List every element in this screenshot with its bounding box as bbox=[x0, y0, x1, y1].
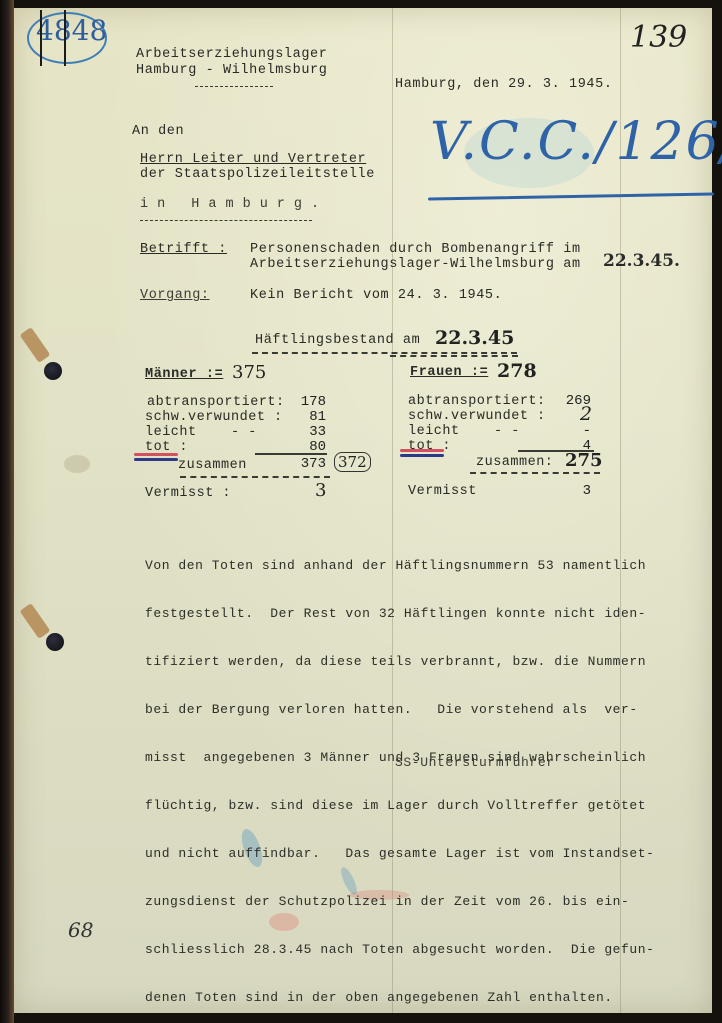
men-label-severely-wounded: schw.verwundet : bbox=[145, 410, 283, 425]
red-pencil-mark bbox=[400, 449, 444, 452]
men-value-lightly-wounded: 33 bbox=[286, 424, 326, 440]
signature-title: SS-Untersturmführer bbox=[395, 755, 555, 770]
inventory-date: 22.3.45 bbox=[435, 327, 514, 349]
men-sum-correction: 372 bbox=[334, 452, 371, 472]
sender-line-1: Arbeitserziehungslager bbox=[136, 47, 327, 62]
punch-hole bbox=[44, 362, 62, 380]
body-line: schliesslich 28.3.45 nach Toten abgesuch… bbox=[145, 942, 705, 958]
women-value-lightly-wounded: - bbox=[551, 423, 591, 439]
subject-line-1: Personenschaden durch Bombenangriff im bbox=[250, 242, 581, 257]
men-value-severely-wounded: 81 bbox=[286, 409, 326, 425]
recipient-city: in Hamburg. bbox=[140, 197, 328, 212]
margin-note: 68 bbox=[68, 918, 93, 942]
women-sum-underline bbox=[470, 472, 600, 474]
body-line: flüchtig, bzw. sind diese im Lager durch… bbox=[145, 798, 705, 814]
men-sum-rule bbox=[255, 453, 327, 455]
body-line: Von den Toten sind anhand der Häftlingsn… bbox=[145, 558, 705, 574]
women-total: 278 bbox=[497, 360, 537, 382]
subject-label: Betrifft : bbox=[140, 242, 227, 257]
recipient-underline bbox=[140, 220, 312, 221]
men-label-transported: abtransportiert: bbox=[147, 395, 285, 410]
men-heading: Männer := bbox=[145, 367, 223, 382]
body-line: tifiziert werden, da diese teils verbran… bbox=[145, 654, 705, 670]
folio-number: 139 bbox=[630, 20, 687, 55]
men-sum-value: 373 bbox=[286, 456, 326, 472]
body-line: denen Toten sind in der oben angegebenen… bbox=[145, 990, 705, 1006]
body-line: bei der Bergung verloren hatten. Die vor… bbox=[145, 702, 705, 718]
recipient-line-1: Herrn Leiter und Vertreter bbox=[140, 152, 366, 167]
precedent-text: Kein Bericht vom 24. 3. 1945. bbox=[250, 288, 502, 303]
subject-line-2: Arbeitserziehungslager-Wilhelmsburg am bbox=[250, 257, 581, 272]
punch-hole bbox=[46, 633, 64, 651]
red-pencil-mark bbox=[134, 453, 178, 456]
men-total: 375 bbox=[232, 362, 266, 383]
men-sum-underline bbox=[180, 476, 330, 478]
margin-mark bbox=[40, 10, 42, 66]
men-label-lightly-wounded: leicht - - bbox=[145, 425, 257, 440]
inventory-underline bbox=[252, 352, 517, 354]
body-paragraph: Von den Toten sind anhand der Häftlingsn… bbox=[145, 526, 705, 1022]
women-sum-value: 275 bbox=[565, 450, 603, 471]
men-value-transported: 178 bbox=[286, 394, 326, 410]
men-missing-label: Vermisst : bbox=[145, 486, 231, 501]
women-missing-label: Vermisst bbox=[408, 484, 477, 499]
blue-pencil-mark bbox=[134, 458, 178, 461]
salutation: An den bbox=[132, 124, 184, 139]
women-label-lightly-wounded: leicht - - bbox=[408, 424, 520, 439]
body-line: festgestellt. Der Rest von 32 Häftlingen… bbox=[145, 606, 705, 622]
reference-mark: V.C.C./126/c. bbox=[430, 112, 722, 172]
archive-number: 4848 bbox=[36, 14, 107, 47]
women-sum-label: zusammen: bbox=[476, 455, 553, 470]
place-date: Hamburg, den 29. 3. 1945. bbox=[395, 77, 613, 92]
file-binding-edge bbox=[0, 0, 14, 1023]
men-missing-value: 3 bbox=[315, 480, 326, 501]
women-heading: Frauen := bbox=[410, 365, 488, 380]
sender-line-2: Hamburg - Wilhelmsburg bbox=[136, 63, 327, 78]
recipient-line-2: der Staatspolizeileitstelle bbox=[140, 167, 375, 182]
margin-mark bbox=[64, 10, 66, 66]
blue-pencil-mark bbox=[400, 454, 444, 457]
women-value-severely-wounded: 2 bbox=[580, 403, 592, 425]
inventory-heading: Häftlingsbestand am bbox=[255, 333, 420, 348]
sender-underline bbox=[195, 86, 273, 87]
women-missing-value: 3 bbox=[551, 483, 591, 499]
precedent-label: Vorgang: bbox=[140, 288, 210, 303]
body-line: zungsdienst der Schutzpolizei in der Zei… bbox=[145, 894, 705, 910]
stain bbox=[64, 455, 90, 473]
men-sum-label: zusammen bbox=[178, 458, 247, 473]
body-line: und nicht auffindbar. Das gesamte Lager … bbox=[145, 846, 705, 862]
subject-date: 22.3.45. bbox=[603, 251, 680, 271]
women-label-transported: abtransportiert: bbox=[408, 394, 546, 409]
women-label-severely-wounded: schw.verwundet : bbox=[408, 409, 546, 424]
women-top-rule bbox=[390, 355, 518, 357]
